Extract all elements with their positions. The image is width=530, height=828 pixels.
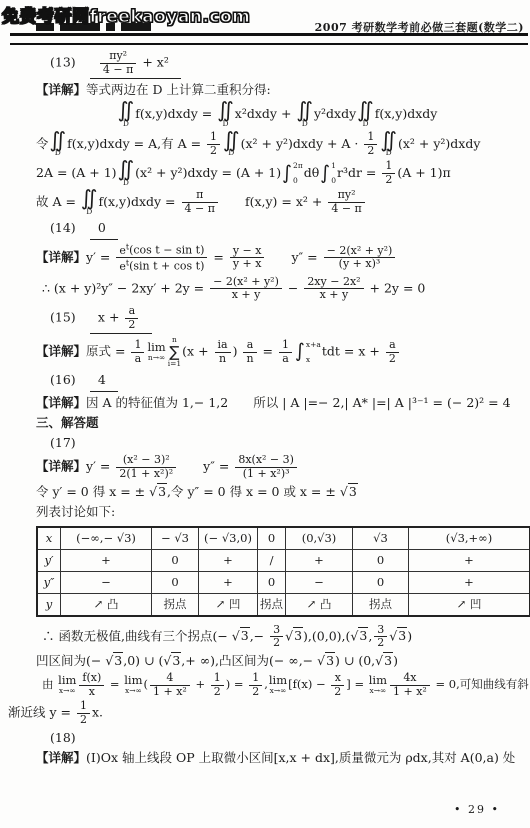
answer-line-13: (13) πy²4 − π + x² (36, 49, 518, 79)
table-cell: ↗ 凸 (286, 593, 353, 616)
answer-line-15: (15) x + a2 (36, 304, 518, 334)
equation-verify-14: ∴ (x + y)²y″ − 2xy′ + 2y = − 2(x² + y²)x… (36, 276, 518, 302)
row-label-cell: y′ (37, 549, 61, 571)
table-cell: 0 (258, 571, 286, 593)
table-cell: − √3 (152, 527, 199, 550)
table-cell: 0 (152, 571, 199, 593)
table-cell: 0 (353, 571, 409, 593)
solution-15-limit: 【详解】原式 = 1alimn→∞n∑i=1(x + ian) an = 1a∫… (36, 336, 518, 368)
row-label-cell: x (37, 527, 61, 550)
row-label-cell: y (37, 593, 61, 616)
equation-2a: 2A = (A + 1)∬D(x² + y²)dxdy = (A + 1)∫2π… (36, 160, 518, 187)
concavity-intervals-line: 凹区间为(− √3,0) ∪ (√3,+ ∞),凸区间为(− ∞,− √3) ∪… (36, 652, 518, 670)
table-cell: (0,√3) (286, 527, 353, 550)
table-cell: 拐点 (152, 593, 199, 616)
table-cell: (√3,+∞) (409, 527, 530, 550)
equation-double-integral: ∬Df(x,y)dxdy = ∬Dx²dxdy + ∬Dy²dxdy∬Df(x,… (36, 101, 518, 128)
answer-line-16: (16) 4 (36, 370, 518, 392)
table-cell: √3 (353, 527, 409, 550)
solution-13-intro: 【详解】等式两边在 D 上计算二重积分得: (36, 81, 518, 99)
solution-17-derivatives: 【详解】y′ = (x² − 3)²2(1 + x²)² y″ = 8x(x² … (36, 454, 518, 480)
answer-line-14: (14) 0 (36, 218, 518, 240)
equation-result-13: 故 A = ∬Df(x,y)dxdy = π4 − π f(x,y) = x² … (36, 189, 518, 216)
table-cell: + (199, 549, 258, 571)
table-cell: + (199, 571, 258, 593)
table-cell: + (61, 549, 152, 571)
table-cell: + (409, 571, 530, 593)
solution-14-derivatives: 【详解】y′ = et(cos t − sin t)et(sin t + cos… (36, 242, 518, 274)
table-cell: 0 (353, 549, 409, 571)
asymptote-result-line: 渐近线 y = 12x. (8, 700, 518, 726)
sign-analysis-table: x(−∞,− √3)− √3(− √3,0)0(0,√3)√3(√3,+∞)y′… (36, 526, 530, 617)
page-number: • 29 • (454, 803, 500, 816)
table-cell: 0 (152, 549, 199, 571)
solution-16-eigen: 【详解】因 A 的特征值为 1,− 1,2 所以 | A |=− 2,| A* … (36, 394, 518, 412)
table-cell: ↗ 凹 (409, 593, 530, 616)
table-cell: − (61, 571, 152, 593)
equation-let-a: 令∬Df(x,y)dxdy = A,有 A = 12∬D(x² + y²)dxd… (36, 131, 518, 158)
solution-18-intro: 【详解】(Ⅰ)Ox 轴上线段 OP 上取微小区间[x,x + dx],质量微元为… (36, 749, 518, 767)
table-row: y″−0+0−0+ (37, 571, 530, 593)
table-cell: (− √3,0) (199, 527, 258, 550)
table-row: y′+0+/+0+ (37, 549, 530, 571)
page-content: (13) πy²4 − π + x² 【详解】等式两边在 D 上计算二重积分得:… (36, 47, 518, 769)
table-cell: 拐点 (258, 593, 286, 616)
inflection-points-line: ∴ 函数无极值,曲线有三个拐点(− √3,− 32√3),(0,0),(√3,3… (36, 624, 518, 650)
header-divider-rule (10, 33, 528, 45)
asymptote-limit-line: 由 limx→∞f(x)x = limx→∞(41 + x² + 12) = 1… (36, 672, 518, 698)
table-cell: 0 (258, 527, 286, 550)
table-intro: 列表讨论如下: (36, 503, 518, 521)
table-cell: ↗ 凹 (199, 593, 258, 616)
watermark-freekaoyan: 免费考研网freekaoyan.com (2, 2, 250, 27)
table-cell: (−∞,− √3) (61, 527, 152, 550)
row-label-cell: y″ (37, 571, 61, 593)
table-cell: + (286, 549, 353, 571)
table-cell: 拐点 (353, 593, 409, 616)
table-row: y↗ 凸拐点↗ 凹拐点↗ 凸拐点↗ 凹 (37, 593, 530, 616)
table-cell: − (286, 571, 353, 593)
table-cell: ↗ 凸 (61, 593, 152, 616)
table-row: x(−∞,− √3)− √3(− √3,0)0(0,√3)√3(√3,+∞) (37, 527, 530, 550)
problem-label-17: (17) (36, 434, 518, 452)
solution-17-roots: 令 y′ = 0 得 x = ± √3,令 y″ = 0 得 x = 0 或 x… (36, 483, 518, 501)
section-heading-3: 三、解答题 (36, 414, 518, 432)
table-cell: / (258, 549, 286, 571)
problem-label-18: (18) (36, 729, 518, 747)
table-cell: + (409, 549, 530, 571)
